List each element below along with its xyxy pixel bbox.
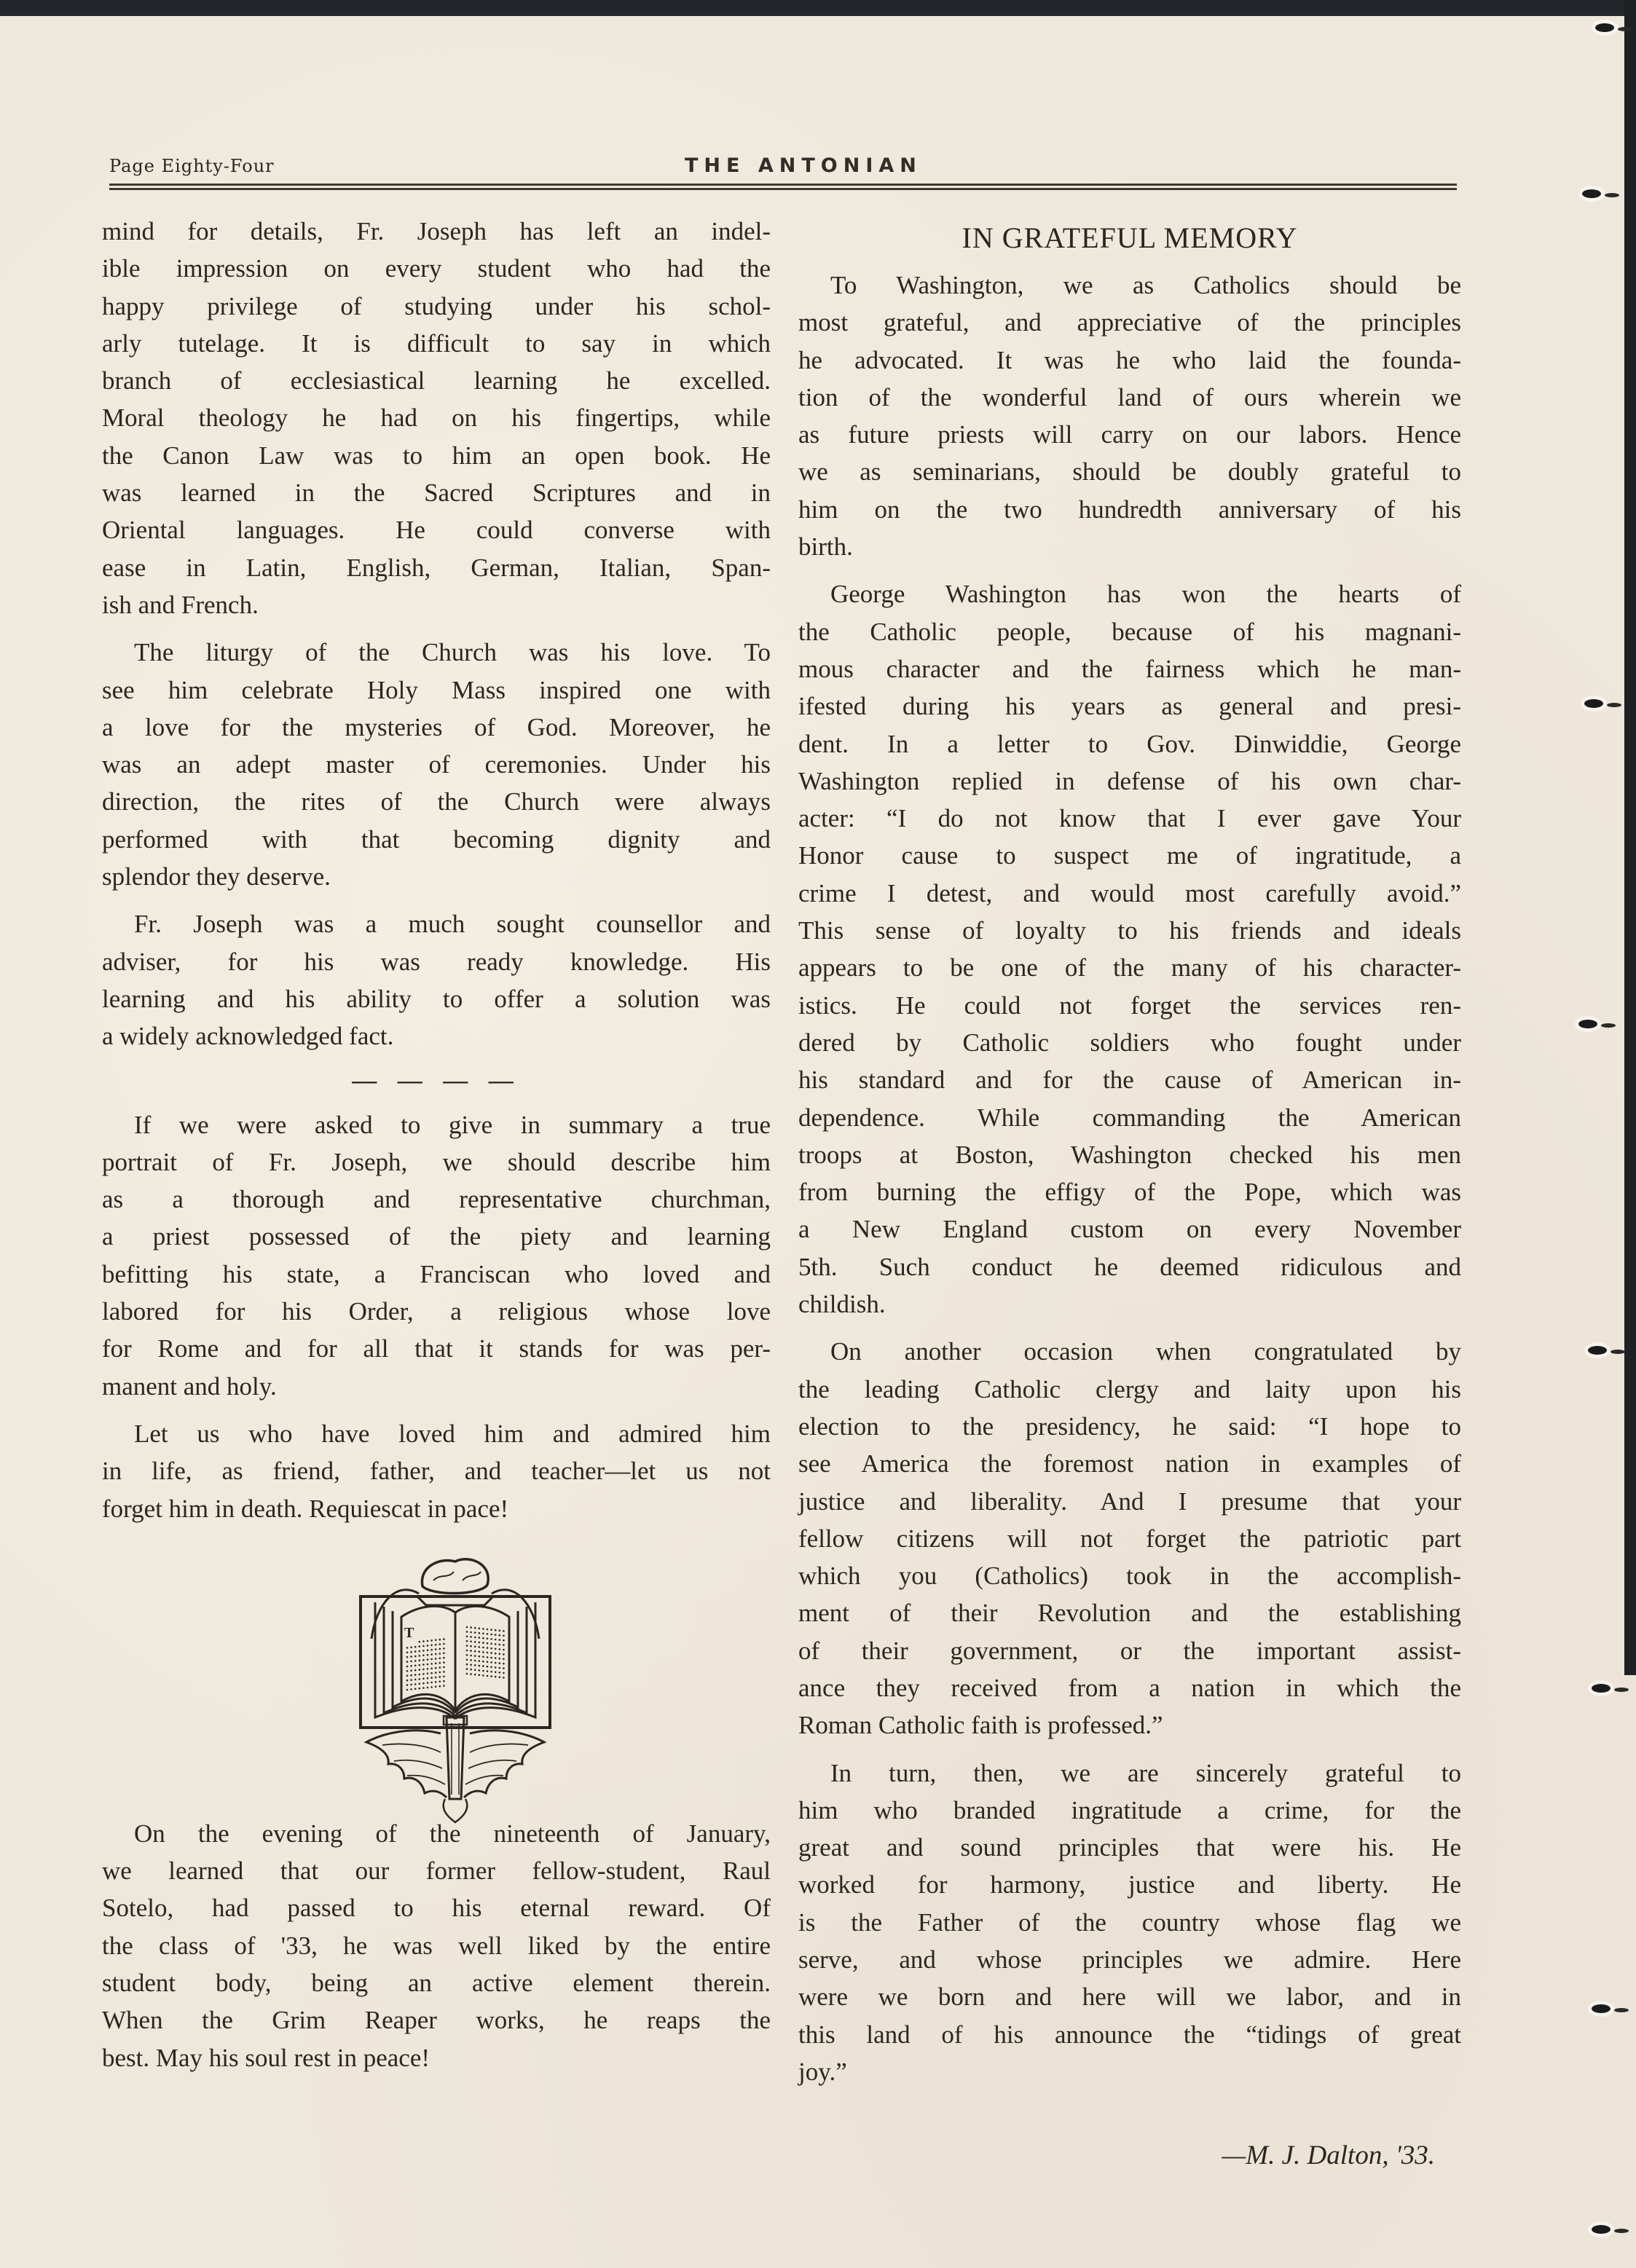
- text-line: election to the presidency, he said: “I …: [798, 1408, 1461, 1445]
- paragraph-gap: [102, 895, 771, 905]
- text-line: most grateful, and appreciative of the p…: [798, 304, 1461, 341]
- header-double-rule: [109, 184, 1457, 186]
- text-line: mous character and the fairness which he…: [798, 650, 1461, 688]
- paragraph: George Washington has won the hearts oft…: [798, 575, 1461, 1323]
- punch-hole-icon: [1592, 2004, 1611, 2013]
- text-line: him who branded ingratitude a crime, for…: [798, 1792, 1461, 1829]
- paragraph-gap: [798, 565, 1461, 575]
- text-line: Roman Catholic faith is professed.”: [798, 1706, 1461, 1744]
- text-line: happy privilege of studying under his sc…: [102, 288, 771, 325]
- text-line: as future priests will carry on our labo…: [798, 416, 1461, 453]
- text-line: we learned that our former fellow-studen…: [102, 1852, 771, 1889]
- text-line: student body, being an active element th…: [102, 1964, 771, 2001]
- svg-text:T: T: [404, 1625, 414, 1641]
- text-line: dependence. While commanding the America…: [798, 1099, 1461, 1136]
- text-line: worked for harmony, justice and liberty.…: [798, 1866, 1461, 1903]
- text-line: When the Grim Reaper works, he reaps the: [102, 2001, 771, 2039]
- text-line: This sense of loyalty to his friends and…: [798, 912, 1461, 949]
- text-line: Honor cause to suspect me of ingratitude…: [798, 837, 1461, 874]
- text-line: appears to be one of the many of his cha…: [798, 949, 1461, 986]
- text-line: the leading Catholic clergy and laity up…: [798, 1371, 1461, 1408]
- author-signature: —M. J. Dalton, '33.: [798, 2137, 1461, 2174]
- text-line: splendor they deserve.: [102, 858, 771, 895]
- paragraph: To Washington, we as Catholics should be…: [798, 267, 1461, 565]
- section-separator: — — — —: [102, 1055, 771, 1106]
- text-line: dent. In a letter to Gov. Dinwiddie, Geo…: [798, 725, 1461, 763]
- left-paragraphs-after-separator: If we were asked to give in summary a tr…: [102, 1106, 771, 1527]
- text-line: direction, the rites of the Church were …: [102, 783, 771, 820]
- paragraph-gap: [102, 623, 771, 634]
- text-line: from burning the effigy of the Pope, whi…: [798, 1173, 1461, 1210]
- text-line: for Rome and for all that it stands for …: [102, 1330, 771, 1367]
- text-line: Oriental languages. He could converse wi…: [102, 511, 771, 548]
- text-line: a New England custom on every November: [798, 1210, 1461, 1248]
- text-line: adviser, for his was ready knowledge. Hi…: [102, 943, 771, 980]
- paragraph: Fr. Joseph was a much sought counsellor …: [102, 905, 771, 1055]
- article-heading: IN GRATEFUL MEMORY: [798, 213, 1461, 267]
- text-line: of their government, or the important as…: [798, 1632, 1461, 1669]
- text-line: was learned in the Sacred Scriptures and…: [102, 474, 771, 511]
- text-line: a widely acknowledged fact.: [102, 1017, 771, 1055]
- text-line: ment of their Revolution and the establi…: [798, 1594, 1461, 1631]
- paragraph-gap: [798, 1323, 1461, 1333]
- text-line: Let us who have loved him and admired hi…: [102, 1415, 771, 1452]
- text-line: forget him in death. Requiescat in pace!: [102, 1490, 771, 1527]
- text-line: To Washington, we as Catholics should be: [798, 267, 1461, 304]
- text-line: fellow citizens will not forget the patr…: [798, 1520, 1461, 1557]
- text-line: In turn, then, we are sincerely grateful…: [798, 1755, 1461, 1792]
- text-line: tion of the wonderful land of ours where…: [798, 379, 1461, 416]
- punch-hole-icon: [1592, 1684, 1611, 1693]
- text-line: a love for the mysteries of God. Moreove…: [102, 709, 771, 746]
- text-line: On another occasion when congratulated b…: [798, 1333, 1461, 1370]
- text-line: 5th. Such conduct he deemed ridiculous a…: [798, 1248, 1461, 1285]
- text-line: arly tutelage. It is difficult to say in…: [102, 325, 771, 362]
- text-line: a priest possessed of the piety and lear…: [102, 1218, 771, 1255]
- scan-border-top: [0, 0, 1636, 16]
- text-line: he advocated. It was he who laid the fou…: [798, 342, 1461, 379]
- text-line: see America the foremost nation in examp…: [798, 1445, 1461, 1482]
- text-line: Sotelo, had passed to his eternal reward…: [102, 1889, 771, 1926]
- right-column: IN GRATEFUL MEMORY To Washington, we as …: [798, 213, 1461, 2175]
- text-line: his standard and for the cause of Americ…: [798, 1061, 1461, 1098]
- text-line: justice and liberality. And I presume th…: [798, 1483, 1461, 1520]
- text-line: serve, and whose principles we admire. H…: [798, 1941, 1461, 1978]
- paragraph-gap: [102, 1405, 771, 1415]
- text-line: were we born and here will we labor, and…: [798, 1978, 1461, 2015]
- paragraph: Let us who have loved him and admired hi…: [102, 1415, 771, 1527]
- paragraph: The liturgy of the Church was his love. …: [102, 634, 771, 895]
- text-line: is the Father of the country whose flag …: [798, 1904, 1461, 1941]
- left-paragraphs: mind for details, Fr. Joseph has left an…: [102, 213, 771, 1055]
- text-line: The liturgy of the Church was his love. …: [102, 634, 771, 671]
- text-line: great and sound principles that were his…: [798, 1829, 1461, 1866]
- journal-title: THE ANTONIAN: [685, 154, 922, 177]
- text-line: ish and French.: [102, 586, 771, 623]
- text-line: birth.: [798, 528, 1461, 565]
- paragraph: If we were asked to give in summary a tr…: [102, 1106, 771, 1405]
- scan-border-right: [1624, 0, 1636, 1675]
- page-number-label: Page Eighty-Four: [109, 156, 275, 176]
- text-line: labored for his Order, a religious whose…: [102, 1293, 771, 1330]
- punch-hole-icon: [1582, 189, 1601, 198]
- text-line: ance they received from a nation in whic…: [798, 1669, 1461, 1706]
- text-line: see him celebrate Holy Mass inspired one…: [102, 672, 771, 709]
- punch-hole-icon: [1588, 1346, 1607, 1355]
- text-line: Washington replied in defense of his own…: [798, 763, 1461, 800]
- paragraph: On another occasion when congratulated b…: [798, 1333, 1461, 1744]
- left-paragraphs-after-emblem: On the evening of the nineteenth of Janu…: [102, 1815, 771, 2076]
- text-line: istics. He could not forget the services…: [798, 987, 1461, 1024]
- text-line: best. May his soul rest in peace!: [102, 2039, 771, 2076]
- text-line: troops at Boston, Washington checked his…: [798, 1136, 1461, 1173]
- text-line: we as seminarians, should be doubly grat…: [798, 453, 1461, 490]
- punch-hole-icon: [1578, 1020, 1597, 1028]
- text-line: as a thorough and representative churchm…: [102, 1181, 771, 1218]
- text-line: this land of his announce the “tidings o…: [798, 2016, 1461, 2053]
- text-line: performed with that becoming dignity and: [102, 821, 771, 858]
- text-line: branch of ecclesiastical learning he exc…: [102, 362, 771, 399]
- paragraph: mind for details, Fr. Joseph has left an…: [102, 213, 771, 623]
- text-line: befitting his state, a Franciscan who lo…: [102, 1256, 771, 1293]
- text-line: the Canon Law was to him an open book. H…: [102, 437, 771, 474]
- text-line: manent and holy.: [102, 1368, 771, 1405]
- text-line: ifested during his years as general and …: [798, 688, 1461, 725]
- text-line: dered by Catholic soldiers who fought un…: [798, 1024, 1461, 1061]
- punch-hole-icon: [1592, 2225, 1611, 2234]
- right-paragraphs: To Washington, we as Catholics should be…: [798, 267, 1461, 2090]
- text-line: George Washington has won the hearts of: [798, 575, 1461, 613]
- paragraph-gap: [798, 1744, 1461, 1755]
- text-line: was an adept master of ceremonies. Under…: [102, 746, 771, 783]
- text-line: which you (Catholics) took in the accomp…: [798, 1557, 1461, 1594]
- text-line: him on the two hundredth anniversary of …: [798, 491, 1461, 528]
- text-line: ible impression on every student who had…: [102, 250, 771, 287]
- text-line: childish.: [798, 1285, 1461, 1323]
- punch-hole-icon: [1584, 699, 1603, 708]
- text-line: If we were asked to give in summary a tr…: [102, 1106, 771, 1143]
- text-line: portrait of Fr. Joseph, we should descri…: [102, 1143, 771, 1181]
- text-line: learning and his ability to offer a solu…: [102, 980, 771, 1017]
- winged-book-torch-emblem-icon: T: [331, 1551, 579, 1828]
- text-line: mind for details, Fr. Joseph has left an…: [102, 213, 771, 250]
- text-line: Fr. Joseph was a much sought counsellor …: [102, 905, 771, 942]
- text-line: the class of '33, he was well liked by t…: [102, 1927, 771, 1964]
- text-line: crime I detest, and would most carefully…: [798, 875, 1461, 912]
- paragraph: On the evening of the nineteenth of Janu…: [102, 1815, 771, 2076]
- text-line: ease in Latin, English, German, Italian,…: [102, 549, 771, 586]
- paragraph: In turn, then, we are sincerely grateful…: [798, 1755, 1461, 2091]
- text-line: acter: “I do not know that I ever gave Y…: [798, 800, 1461, 837]
- punch-hole-icon: [1595, 23, 1614, 32]
- text-line: Moral theology he had on his fingertips,…: [102, 399, 771, 436]
- running-head: Page Eighty-Four THE ANTONIAN: [109, 156, 1457, 192]
- text-line: the Catholic people, because of his magn…: [798, 613, 1461, 650]
- text-line: in life, as friend, father, and teacher—…: [102, 1452, 771, 1489]
- text-line: joy.”: [798, 2053, 1461, 2090]
